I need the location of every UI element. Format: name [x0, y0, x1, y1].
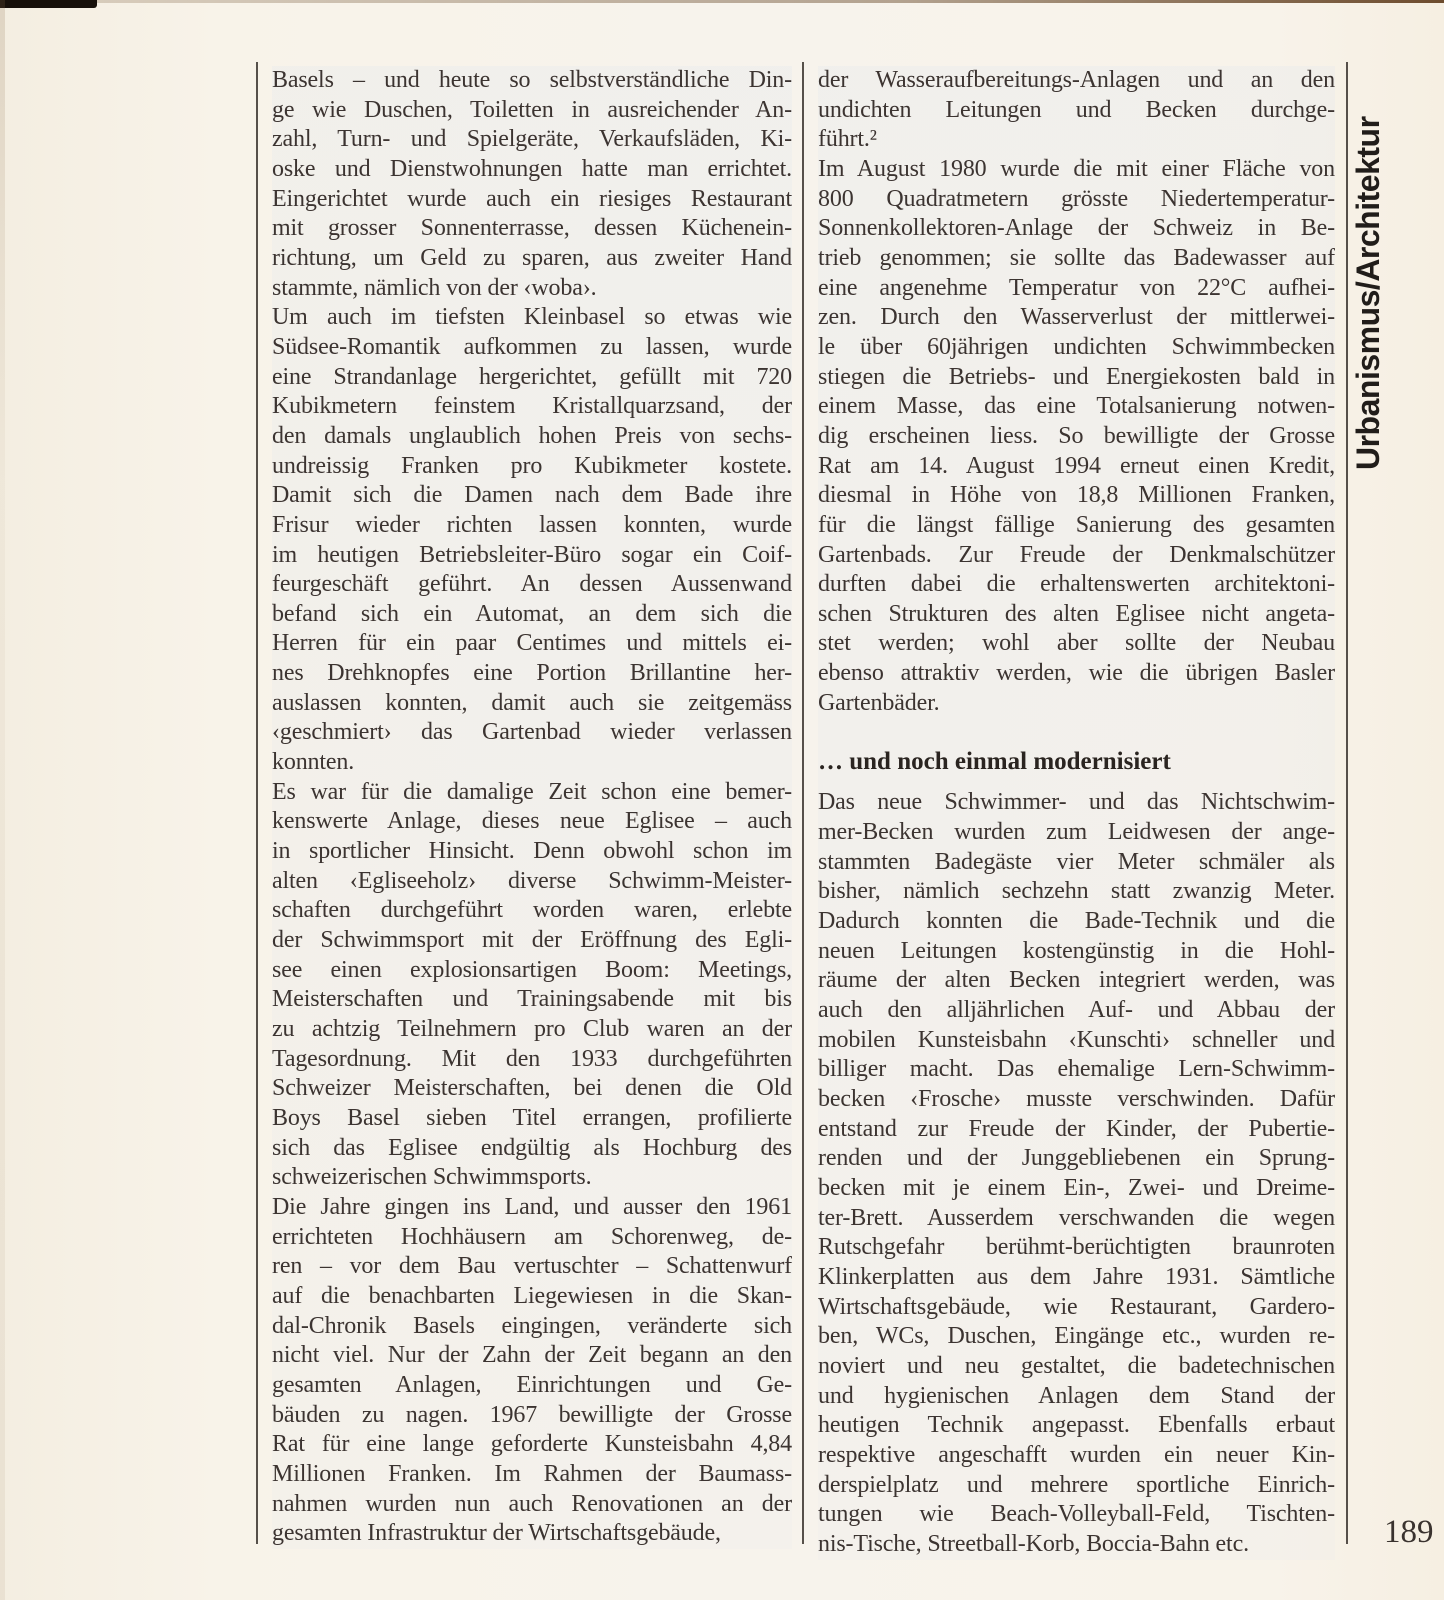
- text-line: räume der alten Becken integriert werden…: [818, 966, 1335, 996]
- text-line: stiegen die Betriebs- und Energiekosten …: [818, 363, 1335, 393]
- text-line: Damit sich die Damen nach dem Bade ihre: [272, 481, 792, 511]
- text-line: Schweizer Meisterschaften, bei denen die…: [272, 1074, 792, 1104]
- text-line: nes Drehknopfes eine Portion Brillantine…: [272, 659, 792, 689]
- text-line: Rat am 14. August 1994 erneut einen Kred…: [818, 452, 1335, 482]
- scan-artifact-left-edge: [0, 0, 5, 1600]
- text-line: undichten Leitungen und Becken durchge-: [818, 96, 1335, 126]
- text-line: auch den alljährlichen Auf- und Abbau de…: [818, 996, 1335, 1026]
- text-line: Rat für eine lange geforderte Kunsteisba…: [272, 1430, 792, 1460]
- text-line: nis-Tische, Streetball-Korb, Boccia-Bahn…: [818, 1530, 1335, 1560]
- text-line: auslassen konnten, damit auch sie zeitge…: [272, 689, 792, 719]
- text-line: gesamten Anlagen, Einrichtungen und Ge-: [272, 1371, 792, 1401]
- right-column-lower-paragraphs: Das neue Schwimmer- und das Nichtschwim-…: [818, 788, 1335, 1559]
- text-line: becken mit je einem Ein-, Zwei- und Drei…: [818, 1174, 1335, 1204]
- text-line: gesamten Infrastruktur der Wirtschaftsge…: [272, 1519, 792, 1549]
- text-line: schen Strukturen des alten Eglisee nicht…: [818, 600, 1335, 630]
- column-rule-middle: [802, 62, 804, 1544]
- text-line: zahl, Turn- und Spielgeräte, Verkaufsläd…: [272, 125, 792, 155]
- text-line: nahmen wurden nun auch Renovationen an d…: [272, 1490, 792, 1520]
- text-line: see einen explosionsartigen Boom: Meetin…: [272, 956, 792, 986]
- text-line: le über 60jährigen undichten Schwimmbeck…: [818, 333, 1335, 363]
- text-line: Dadurch konnten die Bade-Technik und die: [818, 907, 1335, 937]
- text-line: becken ‹Frosche› musste verschwinden. Da…: [818, 1085, 1335, 1115]
- text-line: konnten.: [272, 748, 792, 778]
- text-line: zen. Durch den Wasserverlust der mittler…: [818, 303, 1335, 333]
- text-line: Boys Basel sieben Titel errangen, profil…: [272, 1104, 792, 1134]
- text-line: noviert und neu gestaltet, die badetechn…: [818, 1352, 1335, 1382]
- column-rule-left: [256, 62, 258, 1544]
- text-line: auf die benachbarten Liegewiesen in die …: [272, 1282, 792, 1312]
- text-line: entstand zur Freude der Kinder, der Pube…: [818, 1115, 1335, 1145]
- text-line: stet werden; wohl aber sollte der Neubau: [818, 629, 1335, 659]
- text-line: bäuden zu nagen. 1967 bewilligte der Gro…: [272, 1401, 792, 1431]
- scan-artifact-top-left: [0, 0, 97, 8]
- text-line: respektive angeschafft wurden ein neuer …: [818, 1441, 1335, 1471]
- text-line: schaften durchgeführt worden waren, erle…: [272, 896, 792, 926]
- scan-artifact-top-edge: [97, 0, 1444, 3]
- text-line: Sonnenkollektoren-Anlage der Schweiz in …: [818, 214, 1335, 244]
- column-rule-right: [1346, 62, 1348, 1544]
- text-line: ter-Brett. Ausserdem verschwanden die we…: [818, 1204, 1335, 1234]
- text-line: Die Jahre gingen ins Land, und ausser de…: [272, 1193, 792, 1223]
- text-line: eine angenehme Temperatur von 22°C aufhe…: [818, 274, 1335, 304]
- text-line: dig erscheinen liess. So bewilligte der …: [818, 422, 1335, 452]
- text-line: den damals unglaublich hohen Preis von s…: [272, 422, 792, 452]
- text-line: dal-Chronik Basels eingingen, veränderte…: [272, 1312, 792, 1342]
- text-line: undreissig Franken pro Kubikmeter kostet…: [272, 452, 792, 482]
- text-line: zu achtzig Teilnehmern pro Club waren an…: [272, 1015, 792, 1045]
- text-line: Tagesordnung. Mit den 1933 durchgeführte…: [272, 1045, 792, 1075]
- text-line: befand sich ein Automat, an dem sich die: [272, 600, 792, 630]
- text-line: ge wie Duschen, Toiletten in ausreichend…: [272, 96, 792, 126]
- text-line: schweizerischen Schwimmsports.: [272, 1163, 792, 1193]
- text-line: Rutschgefahr berühmt-berüchtigten braunr…: [818, 1233, 1335, 1263]
- text-line: Gartenbäder.: [818, 689, 1335, 719]
- text-line: Das neue Schwimmer- und das Nichtschwim-: [818, 788, 1335, 818]
- text-line: mobilen Kunsteisbahn ‹Kunschti› schnelle…: [818, 1026, 1335, 1056]
- text-line: tungen wie Beach-Volleyball-Feld, Tischt…: [818, 1500, 1335, 1530]
- text-line: Wirtschaftsgebäude, wie Restaurant, Gard…: [818, 1293, 1335, 1323]
- text-line: mit grosser Sonnenterrasse, dessen Küche…: [272, 214, 792, 244]
- text-line: neuen Leitungen kostengünstig in die Hoh…: [818, 937, 1335, 967]
- text-line: eine Strandanlage hergerichtet, gefüllt …: [272, 363, 792, 393]
- text-line: ebenso attraktiv werden, wie die übrigen…: [818, 659, 1335, 689]
- text-line: stammte, nämlich von der ‹woba›.: [272, 274, 792, 304]
- page-number: 189: [1384, 1514, 1444, 1550]
- text-line: billiger macht. Das ehemalige Lern-Schwi…: [818, 1055, 1335, 1085]
- text-line: ren – vor dem Bau vertuschter – Schatten…: [272, 1252, 792, 1282]
- text-line: 800 Quadratmetern grösste Niedertemperat…: [818, 185, 1335, 215]
- text-line: durften dabei die erhaltenswerten archit…: [818, 570, 1335, 600]
- right-text-column: der Wasseraufbereitungs-Anlagen und an d…: [818, 66, 1335, 1560]
- text-line: richtung, um Geld zu sparen, aus zweiter…: [272, 244, 792, 274]
- text-line: Es war für die damalige Zeit schon eine …: [272, 778, 792, 808]
- text-line: diesmal in Höhe von 18,8 Millionen Frank…: [818, 481, 1335, 511]
- text-line: Meisterschaften und Trainingsabende mit …: [272, 985, 792, 1015]
- text-line: bisher, nämlich sechzehn statt zwanzig M…: [818, 877, 1335, 907]
- text-line: trieb genommen; sie sollte das Badewasse…: [818, 244, 1335, 274]
- text-line: mer-Becken wurden zum Leidwesen der ange…: [818, 818, 1335, 848]
- scanned-book-page: { "document": { "section_label": "Urbani…: [0, 0, 1444, 1600]
- text-line: führt.²: [818, 125, 1335, 155]
- text-line: für die längst fällige Sanierung des ges…: [818, 511, 1335, 541]
- margin-section-label: Urbanismus/Architektur: [1350, 70, 1400, 470]
- text-line: Herren für ein paar Centimes und mittels…: [272, 629, 792, 659]
- text-line: errichteten Hochhäusern am Schorenweg, d…: [272, 1223, 792, 1253]
- section-heading: … und noch einmal modernisiert: [818, 746, 1335, 778]
- text-line: in sportlicher Hinsicht. Denn obwohl sch…: [272, 837, 792, 867]
- text-line: heutigen Technik angepasst. Ebenfalls er…: [818, 1411, 1335, 1441]
- text-line: einem Masse, das eine Totalsanierung not…: [818, 392, 1335, 422]
- text-line: Eingerichtet wurde auch ein riesiges Res…: [272, 185, 792, 215]
- left-text-column: Basels – und heute so selbstverständlich…: [272, 66, 792, 1549]
- text-line: Millionen Franken. Im Rahmen der Baumass…: [272, 1460, 792, 1490]
- text-line: der Wasseraufbereitungs-Anlagen und an d…: [818, 66, 1335, 96]
- right-column-upper-paragraphs: der Wasseraufbereitungs-Anlagen und an d…: [818, 66, 1335, 718]
- text-line: Klinkerplatten aus dem Jahre 1931. Sämtl…: [818, 1263, 1335, 1293]
- text-line: ben, WCs, Duschen, Eingänge etc., wurden…: [818, 1322, 1335, 1352]
- text-line: Basels – und heute so selbstverständlich…: [272, 66, 792, 96]
- text-line: Um auch im tiefsten Kleinbasel so etwas …: [272, 303, 792, 333]
- text-line: Frisur wieder richten lassen konnten, wu…: [272, 511, 792, 541]
- text-line: oske und Dienstwohnungen hatte man erric…: [272, 155, 792, 185]
- text-line: Kubikmetern feinstem Kristallquarzsand, …: [272, 392, 792, 422]
- text-line: sich das Eglisee endgültig als Hochburg …: [272, 1134, 792, 1164]
- text-line: Gartenbads. Zur Freude der Denkmalschütz…: [818, 541, 1335, 571]
- text-line: der Schwimmsport mit der Eröffnung des E…: [272, 926, 792, 956]
- text-line: Südsee-Romantik aufkommen zu lassen, wur…: [272, 333, 792, 363]
- text-line: und hygienischen Anlagen dem Stand der: [818, 1382, 1335, 1412]
- text-line: renden und der Junggebliebenen ein Sprun…: [818, 1144, 1335, 1174]
- text-line: kenswerte Anlage, dieses neue Eglisee – …: [272, 807, 792, 837]
- text-line: feurgeschäft geführt. An dessen Aussenwa…: [272, 570, 792, 600]
- text-line: im heutigen Betriebsleiter-Büro sogar ei…: [272, 541, 792, 571]
- text-line: ‹geschmiert› das Gartenbad wieder verlas…: [272, 718, 792, 748]
- text-line: alten ‹Egliseeholz› diverse Schwimm-Meis…: [272, 867, 792, 897]
- text-line: derspielplatz und mehrere sportliche Ein…: [818, 1471, 1335, 1501]
- text-line: stammten Badegäste vier Meter schmäler a…: [818, 848, 1335, 878]
- text-line: Im August 1980 wurde die mit einer Fläch…: [818, 155, 1335, 185]
- text-line: nicht viel. Nur der Zahn der Zeit begann…: [272, 1341, 792, 1371]
